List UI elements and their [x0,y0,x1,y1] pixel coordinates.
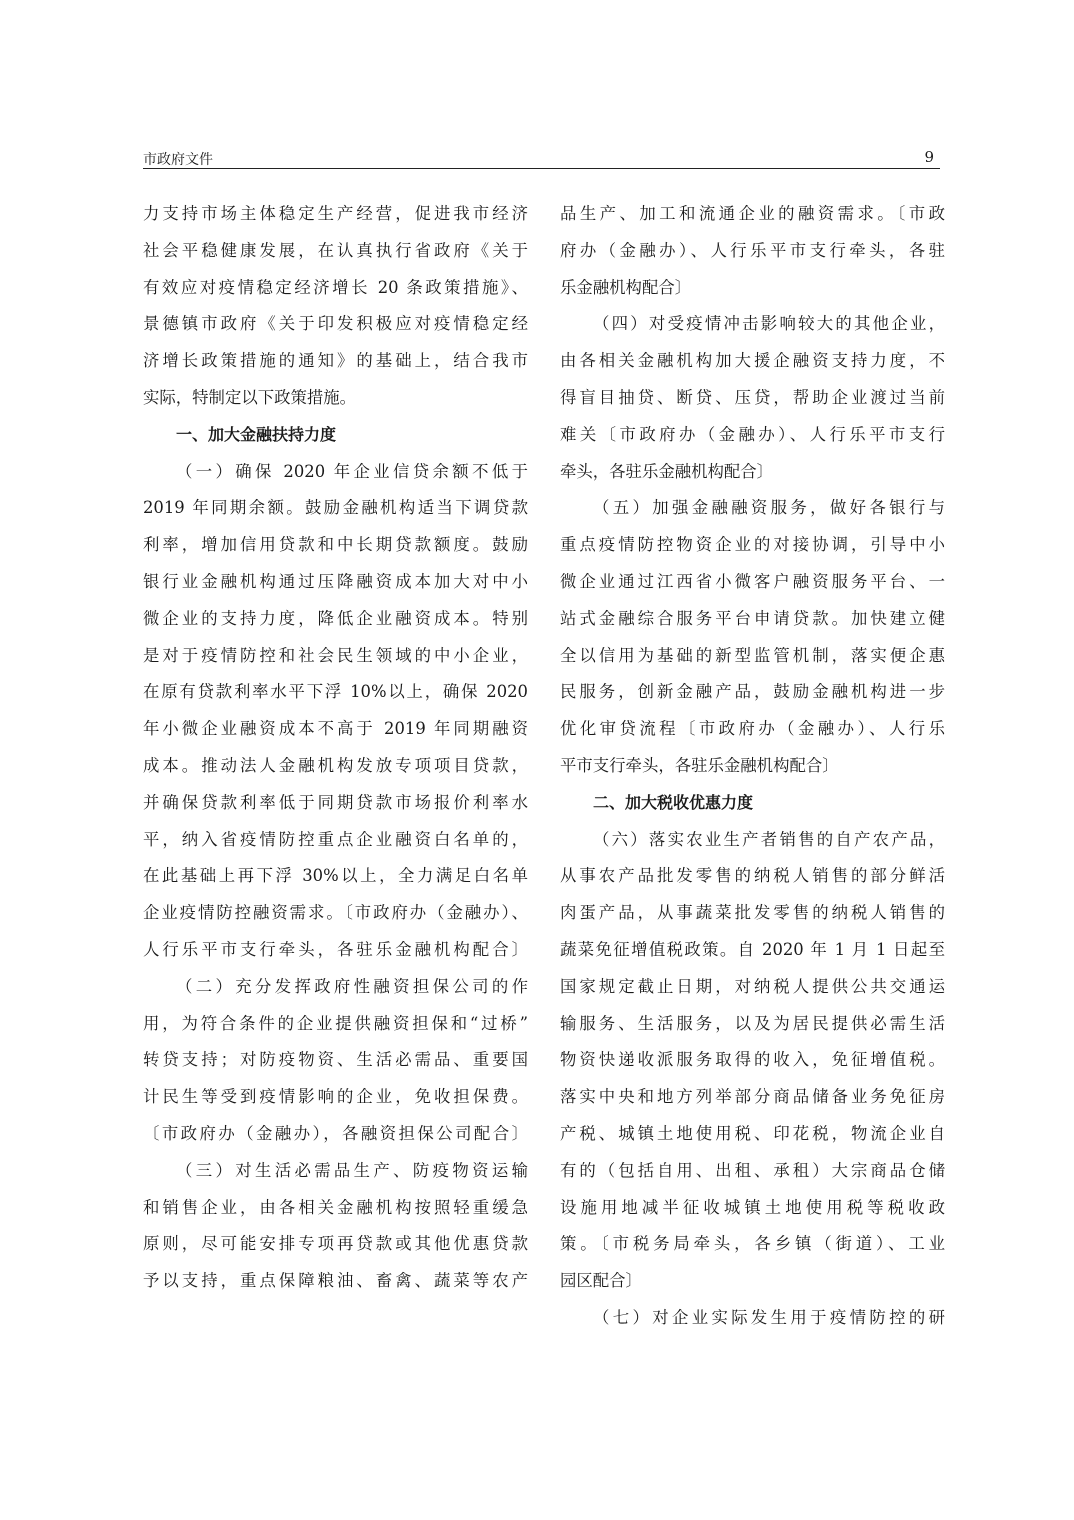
paragraph-start-line: （七）对企业实际发生用于疫情防控的研 [560,1300,945,1337]
text-line: 力支持市场主体稳定生产经营，促进我市经济 [143,196,528,233]
text-line: 人行乐平市支行牵头，各驻乐金融机构配合〕 [143,932,528,969]
text-line: 蔬菜免征增值税政策。自 2020 年 1 月 1 日起至 [560,932,945,969]
text-line: 年小微企业融资成本不高于 2019 年同期融资 [143,711,528,748]
left-column: 力支持市场主体稳定生产经营，促进我市经济社会平稳健康发展，在认真执行省政府《关于… [143,196,528,1300]
paragraph-end-line: 牵头，各驻乐金融机构配合〕 [560,454,945,491]
paragraph-start-line: （六）落实农业生产者销售的自产农产品， [560,822,945,859]
paragraph-start-line: （一）确保 2020 年企业信贷余额不低于 [143,454,528,491]
paragraph-start-line: （三）对生活必需品生产、防疫物资运输 [143,1153,528,1190]
text-line: 2019 年同期余额。鼓励金融机构适当下调贷款 [143,490,528,527]
text-line: 用，为符合条件的企业提供融资担保和“过桥” [143,1006,528,1043]
page-number: 9 [924,148,934,166]
section-heading: 二、加大税收优惠力度 [560,785,945,822]
text-line: 计民生等受到疫情影响的企业，免收担保费。 [143,1079,528,1116]
text-line: 在原有贷款利率水平下浮 10%以上，确保 2020 [143,674,528,711]
text-line: 微企业通过江西省小微客户融资服务平台、一 [560,564,945,601]
text-line: 品生产、加工和流通企业的融资需求。〔市政 [560,196,945,233]
text-line: 从事农产品批发零售的纳税人销售的部分鲜活 [560,858,945,895]
text-line: 得盲目抽贷、断贷、压贷，帮助企业渡过当前 [560,380,945,417]
text-line: 转贷支持；对防疫物资、生活必需品、重要国 [143,1042,528,1079]
text-line: 予以支持，重点保障粮油、畜禽、蔬菜等农产 [143,1263,528,1300]
text-line: 优化审贷流程〔市政府办（金融办）、人行乐 [560,711,945,748]
text-line: 济增长政策措施的通知》的基础上，结合我市 [143,343,528,380]
text-line: 银行业金融机构通过压降融资成本加大对中小 [143,564,528,601]
text-line: 是对于疫情防控和社会民生领域的中小企业， [143,638,528,675]
text-line: 落实中央和地方列举部分商品储备业务免征房 [560,1079,945,1116]
text-line: 有效应对疫情稳定经济增长 20 条政策措施》、 [143,270,528,307]
page-header: 市政府文件 9 [143,148,940,169]
text-line: 输服务、生活服务，以及为居民提供必需生活 [560,1006,945,1043]
text-line: 和销售企业，由各相关金融机构按照轻重缓急 [143,1190,528,1227]
paragraph-end-line: 园区配合〕 [560,1263,945,1300]
text-line: 平，纳入省疫情防控重点企业融资白名单的， [143,822,528,859]
text-line: 难关〔市政府办（金融办）、人行乐平市支行 [560,417,945,454]
text-line: 全以信用为基础的新型监管机制，落实便企惠 [560,638,945,675]
text-line: 设施用地减半征收城镇土地使用税等税收政 [560,1190,945,1227]
paragraph-end-line: 乐金融机构配合〕 [560,270,945,307]
text-line: 社会平稳健康发展，在认真执行省政府《关于 [143,233,528,270]
text-line: 产税、城镇土地使用税、印花税，物流企业自 [560,1116,945,1153]
text-line: 成本。推动法人金融机构发放专项项目贷款， [143,748,528,785]
paragraph-end-line: 实际，特制定以下政策措施。 [143,380,528,417]
text-line: 国家规定截止日期，对纳税人提供公共交通运 [560,969,945,1006]
text-line: 在此基础上再下浮 30%以上，全力满足白名单 [143,858,528,895]
text-line: 站式金融综合服务平台申请贷款。加快建立健 [560,601,945,638]
text-line: 府办（金融办）、人行乐平市支行牵头，各驻 [560,233,945,270]
text-line: 利率，增加信用贷款和中长期贷款额度。鼓励 [143,527,528,564]
text-line: 策。〔市税务局牵头，各乡镇（街道）、工业 [560,1226,945,1263]
paragraph-start-line: （五）加强金融融资服务，做好各银行与 [560,490,945,527]
header-title: 市政府文件 [143,149,213,169]
text-line: 由各相关金融机构加大援企融资支持力度，不 [560,343,945,380]
text-line: 原则，尽可能安排专项再贷款或其他优惠贷款 [143,1226,528,1263]
text-line: 肉蛋产品，从事蔬菜批发零售的纳税人销售的 [560,895,945,932]
text-line: 景德镇市政府《关于印发积极应对疫情稳定经 [143,306,528,343]
paragraph-start-line: （四）对受疫情冲击影响较大的其他企业， [560,306,945,343]
text-line: 重点疫情防控物资企业的对接协调，引导中小 [560,527,945,564]
text-line: 微企业的支持力度，降低企业融资成本。特别 [143,601,528,638]
text-line: 民服务，创新金融产品，鼓励金融机构进一步 [560,674,945,711]
paragraph-end-line: 平市支行牵头，各驻乐金融机构配合〕 [560,748,945,785]
text-line: 企业疫情防控融资需求。〔市政府办（金融办）、 [143,895,528,932]
text-line: 有的（包括自用、出租、承租）大宗商品仓储 [560,1153,945,1190]
text-line: 〔市政府办（金融办），各融资担保公司配合〕 [143,1116,528,1153]
text-line: 物资快递收派服务取得的收入，免征增值税。 [560,1042,945,1079]
section-heading: 一、加大金融扶持力度 [143,417,528,454]
text-line: 并确保贷款利率低于同期贷款市场报价利率水 [143,785,528,822]
paragraph-start-line: （二）充分发挥政府性融资担保公司的作 [143,969,528,1006]
right-column: 品生产、加工和流通企业的融资需求。〔市政府办（金融办）、人行乐平市支行牵头，各驻… [560,196,945,1337]
